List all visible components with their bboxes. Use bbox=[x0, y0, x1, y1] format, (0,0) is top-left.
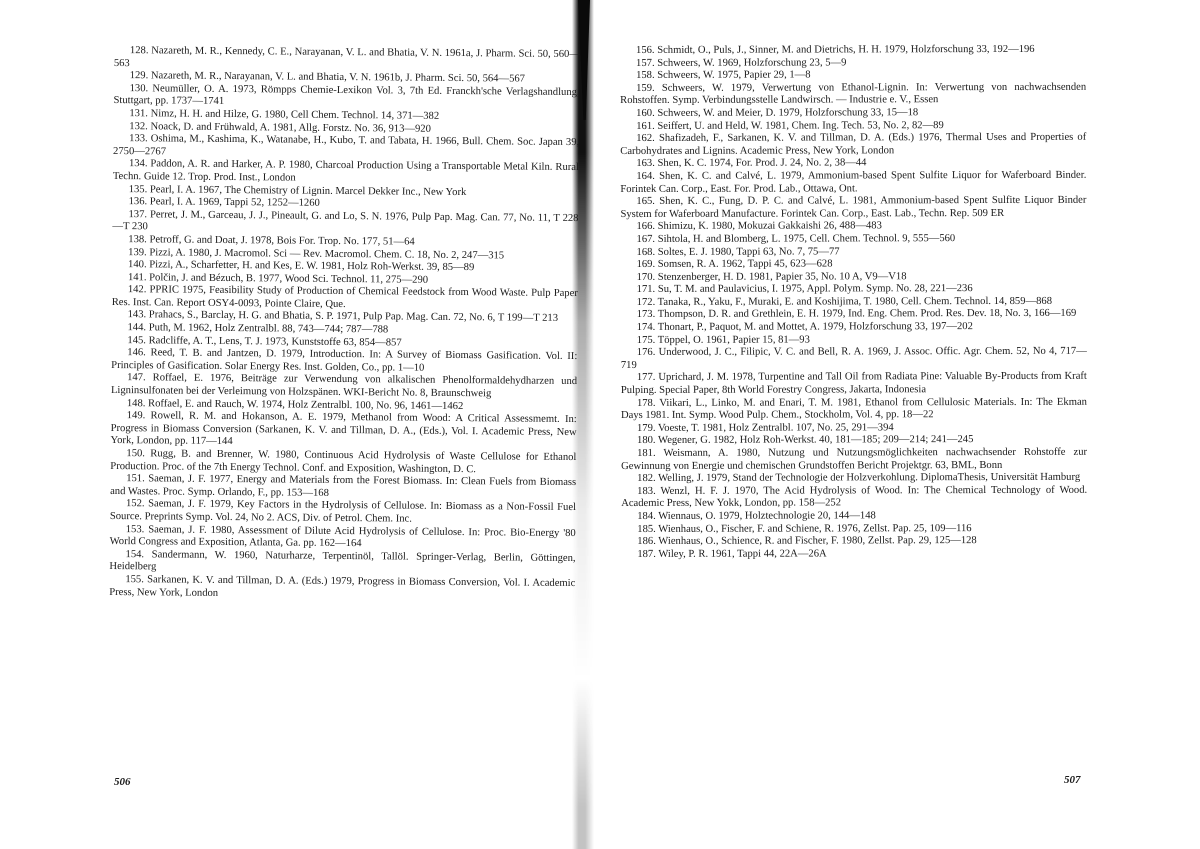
reference-entry: 181. Weismann, A. 1980, Nutzung und Nutz… bbox=[621, 447, 1087, 473]
reference-entry: 158. Schweers, W. 1975, Papier 29, 1—8 bbox=[620, 69, 1086, 83]
reference-entry: 184. Wiennaus, O. 1979, Holztechnologie … bbox=[621, 510, 1087, 524]
reference-entry: 179. Voeste, T. 1981, Holz Zentralbl. 10… bbox=[621, 422, 1087, 436]
reference-entry: 173. Thompson, D. R. and Grethlein, E. H… bbox=[621, 308, 1087, 322]
reference-entry: 170. Stenzenberger, H. D. 1981, Papier 3… bbox=[621, 270, 1087, 284]
reference-entry: 156. Schmidt, O., Puls, J., Sinner, M. a… bbox=[620, 44, 1086, 58]
left-page-references: 128. Nazareth, M. R., Kennedy, C. E., Na… bbox=[109, 45, 580, 603]
page-number-left: 506 bbox=[114, 776, 131, 788]
reference-entry: 164. Shen, K. C. and Calvé, L. 1979, Amm… bbox=[620, 170, 1086, 196]
reference-entry: 178. Viikari, L., Linko, M. and Enari, T… bbox=[621, 396, 1087, 422]
reference-entry: 171. Su, T. M. and Paulavicius, I. 1975,… bbox=[621, 283, 1087, 297]
reference-entry: 149. Rowell, R. M. and Hokanson, A. E. 1… bbox=[110, 410, 576, 452]
reference-entry: 166. Shimizu, K. 1980, Mokuzai Gakkaishi… bbox=[620, 220, 1086, 234]
reference-entry: 169. Somsen, R. A. 1962, Tappi 45, 623—6… bbox=[621, 258, 1087, 272]
page-number-right: 507 bbox=[1064, 774, 1081, 786]
reference-entry: 174. Thonart, P., Paquot, M. and Mottet,… bbox=[621, 321, 1087, 335]
right-page-references: 156. Schmidt, O., Puls, J., Sinner, M. a… bbox=[620, 44, 1087, 562]
reference-entry: 172. Tanaka, R., Yaku, F., Muraki, E. an… bbox=[621, 296, 1087, 310]
reference-entry: 175. Töppel, O. 1961, Papier 15, 81—93 bbox=[621, 333, 1087, 347]
reference-entry: 134. Paddon, A. R. and Harker, A. P. 198… bbox=[113, 158, 579, 187]
reference-entry: 180. Wegener, G. 1982, Holz Roh-Werkst. … bbox=[621, 434, 1087, 448]
reference-entry: 153. Saeman, J. F. 1980, Assessment of D… bbox=[110, 524, 576, 553]
reference-entry: 187. Wiley, P. R. 1961, Tappi 44, 22A—26… bbox=[621, 548, 1087, 562]
reference-entry: 165. Shen, K. C., Fung, D. P. C. and Cal… bbox=[620, 195, 1086, 221]
reference-entry: 159. Schweers, W. 1979, Verwertung von E… bbox=[620, 82, 1086, 108]
reference-entry: 168. Soltes, E. J. 1980, Tappi 63, No. 7… bbox=[621, 245, 1087, 259]
reference-entry: 183. Wenzl, H. F. J. 1970, The Acid Hydr… bbox=[621, 485, 1087, 511]
reference-entry: 182. Welling, J. 1979, Stand der Technol… bbox=[621, 472, 1087, 486]
reference-entry: 167. Sihtola, H. and Blomberg, L. 1975, … bbox=[620, 233, 1086, 247]
reference-entry: 176. Underwood, J. C., Filipic, V. C. an… bbox=[621, 346, 1087, 372]
reference-entry: 147. Roffael, E. 1976, Beiträge zur Verw… bbox=[111, 372, 577, 401]
reference-entry: 157. Schweers, W. 1969, Holzforschung 23… bbox=[620, 56, 1086, 70]
reference-entry: 155. Sarkanen, K. V. and Tillman, D. A. … bbox=[109, 574, 575, 603]
reference-entry: 177. Uprichard, J. M. 1978, Turpentine a… bbox=[621, 371, 1087, 397]
reference-entry: 185. Wienhaus, O., Fischer, F. and Schie… bbox=[621, 522, 1087, 536]
reference-entry: 186. Wienhaus, O., Schience, R. and Fisc… bbox=[621, 535, 1087, 549]
reference-entry: 161. Seiffert, U. and Held, W. 1981, Che… bbox=[620, 119, 1086, 133]
reference-entry: 160. Schweers, W. and Meier, D. 1979, Ho… bbox=[620, 107, 1086, 121]
reference-entry: 163. Shen, K. C. 1974, For. Prod. J. 24,… bbox=[620, 157, 1086, 171]
reference-entry: 152. Saeman, J. F. 1979, Key Factors in … bbox=[110, 498, 576, 527]
reference-entry: 162. Shafizadeh, F., Sarkanen, K. V. and… bbox=[620, 132, 1086, 158]
